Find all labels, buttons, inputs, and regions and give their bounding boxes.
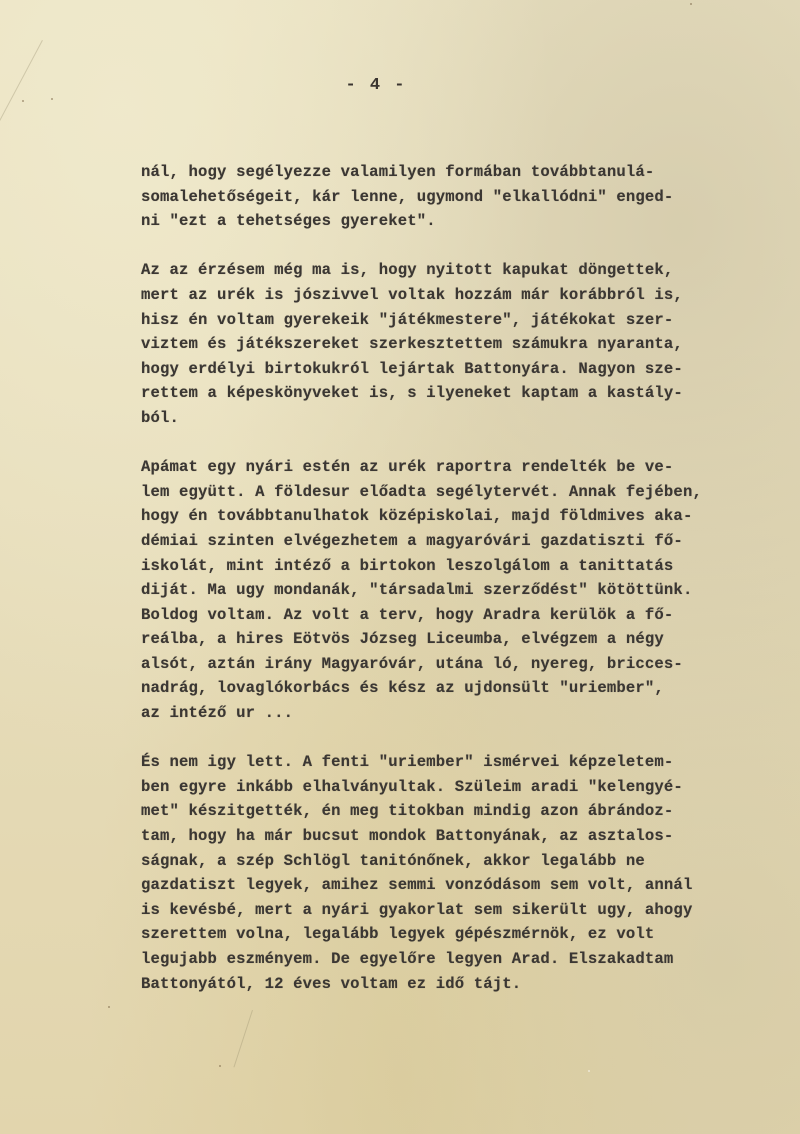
paragraph-4: És nem igy lett. A fenti "uriember" ismé…	[141, 750, 781, 996]
text-line: nadrág, lovaglókorbács és kész az ujdons…	[141, 676, 781, 701]
text-line: Apámat egy nyári estén az urék raportra …	[141, 455, 781, 480]
paragraph-2: Az az érzésem még ma is, hogy nyitott ka…	[141, 258, 781, 430]
text-line: met" készitgették, én meg titokban mindi…	[141, 799, 781, 824]
text-line: Az az érzésem még ma is, hogy nyitott ka…	[141, 258, 781, 283]
text-line: És nem igy lett. A fenti "uriember" ismé…	[141, 750, 781, 775]
paragraph-1: nál, hogy segélyezze valamilyen formában…	[141, 160, 781, 234]
text-line: lem együtt. A földesur előadta segélyter…	[141, 480, 781, 505]
paper-speck	[219, 1065, 221, 1067]
text-line: mert az urék is jószivvel voltak hozzám …	[141, 283, 781, 308]
text-line: somalehetőségeit, kár lenne, ugymond "el…	[141, 185, 781, 210]
typewritten-page: - 4 - nál, hogy segélyezze valamilyen fo…	[0, 0, 800, 1134]
text-line: legujabb eszményem. De egyelőre legyen A…	[141, 947, 781, 972]
document-body: nál, hogy segélyezze valamilyen formában…	[141, 160, 781, 1021]
text-line: alsót, aztán irány Magyaróvár, utána ló,…	[141, 652, 781, 677]
text-line: is kevésbé, mert a nyári gyakorlat sem s…	[141, 898, 781, 923]
page-number: - 4 -	[0, 76, 752, 95]
text-line: ben egyre inkább elhalványultak. Szüleim…	[141, 775, 781, 800]
text-line: gazdatiszt legyek, amihez semmi vonzódás…	[141, 873, 781, 898]
text-line: hogy én továbbtanulhatok középiskolai, m…	[141, 504, 781, 529]
text-line: tam, hogy ha már bucsut mondok Battonyán…	[141, 824, 781, 849]
text-line: hisz én voltam gyerekeik "játékmestere",…	[141, 308, 781, 333]
text-line: ni "ezt a tehetséges gyereket".	[141, 209, 781, 234]
text-line: ságnak, a szép Schlögl tanitónőnek, akko…	[141, 849, 781, 874]
text-line: rettem a képeskönyveket is, s ilyeneket …	[141, 381, 781, 406]
paragraph-3: Apámat egy nyári estén az urék raportra …	[141, 455, 781, 726]
text-line: Battonyától, 12 éves voltam ez idő tájt.	[141, 972, 781, 997]
paper-speck	[690, 3, 692, 5]
text-line: nál, hogy segélyezze valamilyen formában…	[141, 160, 781, 185]
text-line: viztem és játékszereket szerkesztettem s…	[141, 332, 781, 357]
text-line: szerettem volna, legalább legyek gépészm…	[141, 922, 781, 947]
paper-speck	[22, 100, 24, 102]
text-line: diját. Ma ugy mondanák, "társadalmi szer…	[141, 578, 781, 603]
text-line: reálba, a hires Eötvös Józseg Liceumba, …	[141, 627, 781, 652]
text-line: az intéző ur ...	[141, 701, 781, 726]
paper-speck	[51, 98, 53, 100]
text-line: Boldog voltam. Az volt a terv, hogy Arad…	[141, 603, 781, 628]
text-line: hogy erdélyi birtokukról lejártak Batton…	[141, 357, 781, 382]
text-line: ból.	[141, 406, 781, 431]
text-line: iskolát, mint intéző a birtokon leszolgá…	[141, 554, 781, 579]
paper-speck	[108, 1006, 110, 1008]
paper-speck	[588, 1070, 590, 1072]
text-line: démiai szinten elvégezhetem a magyaróvár…	[141, 529, 781, 554]
